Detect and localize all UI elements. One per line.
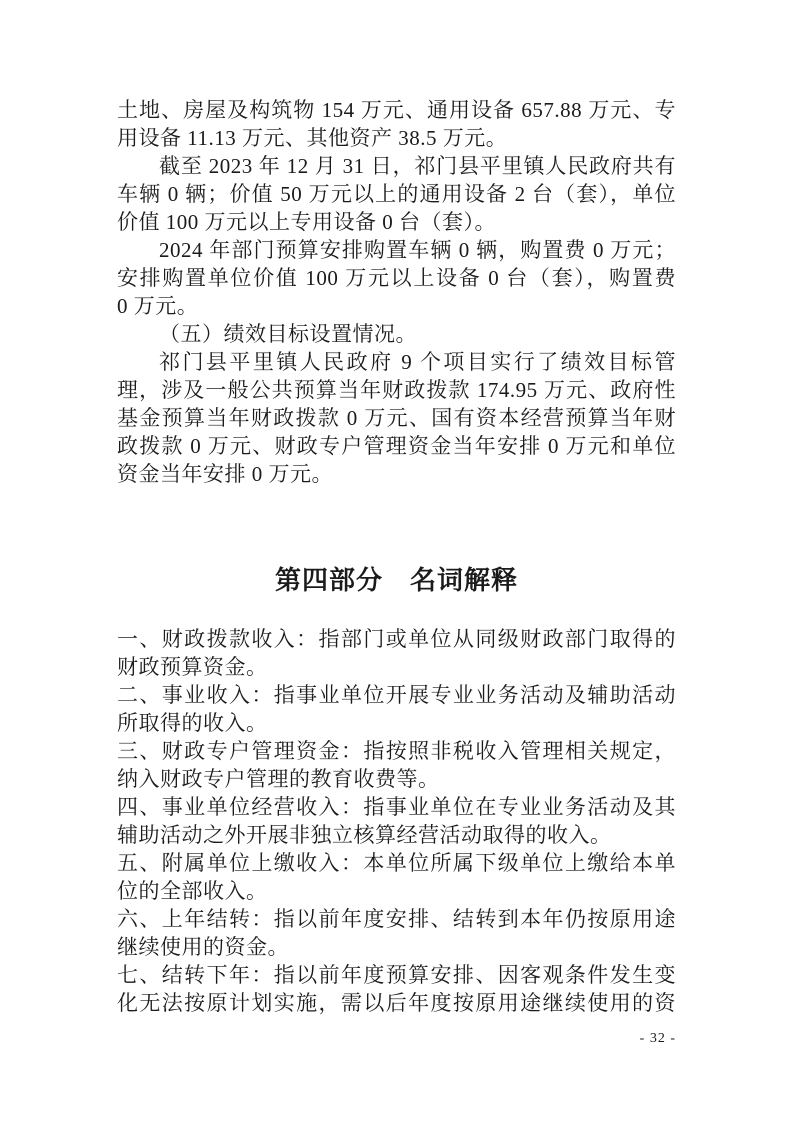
text-line: 所取得的收入。	[117, 709, 676, 737]
text-line: 辅助活动之外开展非独立核算经营活动取得的收入。	[117, 821, 676, 849]
text-line: 理，涉及一般公共预算当年财政拨款 174.95 万元、政府性	[117, 376, 676, 404]
text-line: 2024 年部门预算安排购置车辆 0 辆，购置费 0 万元；	[117, 236, 676, 264]
text-line: 二、事业收入：指事业单位开展专业业务活动及辅助活动	[117, 681, 676, 709]
text-line: 四、事业单位经营收入：指事业单位在专业业务活动及其	[117, 793, 676, 821]
text-line: 财政预算资金。	[117, 653, 676, 681]
text-line: 一、财政拨款收入：指部门或单位从同级财政部门取得的	[117, 625, 676, 653]
section-heading: 第四部分 名词解释	[117, 565, 676, 595]
budget-assets-section: 土地、房屋及构筑物 154 万元、通用设备 657.88 万元、专用设备 11.…	[117, 96, 676, 488]
text-line: 车辆 0 辆；价值 50 万元以上的通用设备 2 台（套），单位	[117, 180, 676, 208]
document-page: 土地、房屋及构筑物 154 万元、通用设备 657.88 万元、专用设备 11.…	[0, 0, 793, 1122]
text-line: 位的全部收入。	[117, 877, 676, 905]
text-line: （五）绩效目标设置情况。	[117, 320, 676, 348]
text-line: 0 万元。	[117, 292, 676, 320]
glossary-section: 一、财政拨款收入：指部门或单位从同级财政部门取得的财政预算资金。二、事业收入：指…	[117, 625, 676, 1017]
text-line: 化无法按原计划实施，需以后年度按原用途继续使用的资	[117, 989, 676, 1017]
text-line: 七、结转下年：指以前年度预算安排、因客观条件发生变	[117, 961, 676, 989]
page-number: - 32 -	[640, 1031, 676, 1047]
page-content: 土地、房屋及构筑物 154 万元、通用设备 657.88 万元、专用设备 11.…	[117, 96, 676, 1017]
text-line: 五、附属单位上缴收入：本单位所属下级单位上缴给本单	[117, 849, 676, 877]
text-line: 政拨款 0 万元、财政专户管理资金当年安排 0 万元和单位	[117, 432, 676, 460]
text-line: 资金当年安排 0 万元。	[117, 460, 676, 488]
text-line: 继续使用的资金。	[117, 933, 676, 961]
text-line: 基金预算当年财政拨款 0 万元、国有资本经营预算当年财	[117, 404, 676, 432]
text-line: 土地、房屋及构筑物 154 万元、通用设备 657.88 万元、专	[117, 96, 676, 124]
text-line: 三、财政专户管理资金：指按照非税收入管理相关规定，	[117, 737, 676, 765]
text-line: 六、上年结转：指以前年度安排、结转到本年仍按原用途	[117, 905, 676, 933]
text-line: 纳入财政专户管理的教育收费等。	[117, 765, 676, 793]
text-line: 祁门县平里镇人民政府 9 个项目实行了绩效目标管	[117, 348, 676, 376]
text-line: 价值 100 万元以上专用设备 0 台（套）。	[117, 208, 676, 236]
text-line: 安排购置单位价值 100 万元以上设备 0 台（套），购置费	[117, 264, 676, 292]
text-line: 用设备 11.13 万元、其他资产 38.5 万元。	[117, 124, 676, 152]
text-line: 截至 2023 年 12 月 31 日，祁门县平里镇人民政府共有	[117, 152, 676, 180]
